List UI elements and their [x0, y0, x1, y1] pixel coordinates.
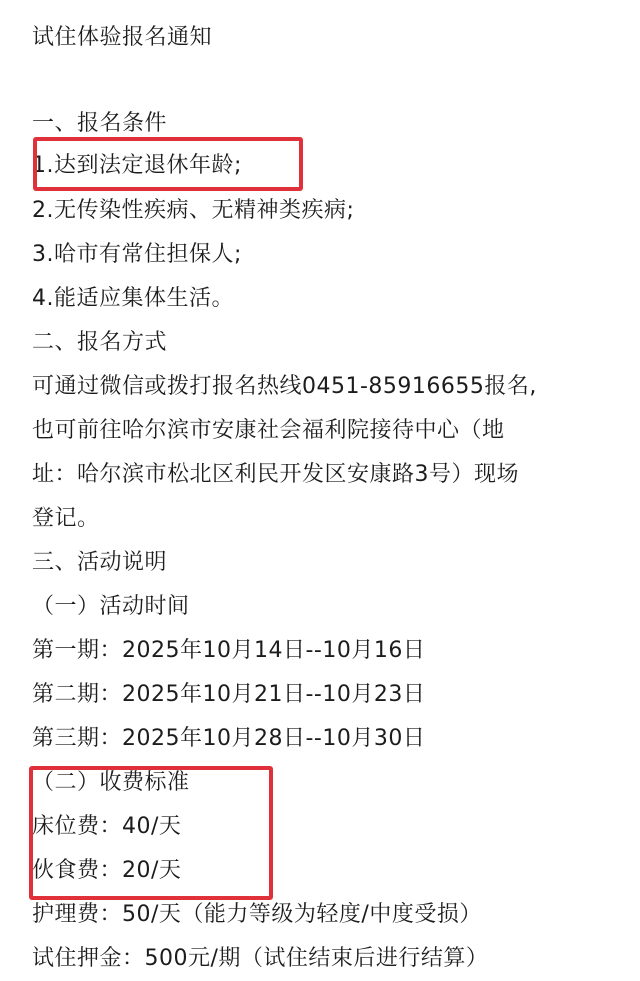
- fee-item-deposit: 试住押金：500元/期（试住结束后进行结算）: [32, 945, 488, 973]
- fee-item-meals: 伙食费：20/天: [32, 857, 181, 885]
- requirement-item: 4.能适应集体生活。: [32, 285, 234, 313]
- section-heading-registration: 二、报名方式: [32, 329, 167, 357]
- fee-item-bed: 床位费：40/天: [32, 813, 181, 841]
- section-heading-activity: 三、活动说明: [32, 549, 167, 577]
- registration-paragraph-line: 也可前往哈尔滨市安康社会福利院接待中心（地: [32, 417, 505, 445]
- document-title: 试住体验报名通知: [32, 24, 212, 52]
- section-heading-requirements: 一、报名条件: [32, 110, 167, 138]
- registration-paragraph-line: 址：哈尔滨市松北区利民开发区安康路3号）现场: [32, 461, 519, 489]
- requirement-item: 2.无传染性疾病、无精神类疾病;: [32, 197, 354, 225]
- requirement-item: 1.达到法定退休年龄;: [32, 152, 242, 180]
- fee-item-nursing: 护理费：50/天（能力等级为轻度/中度受损）: [32, 901, 482, 929]
- subsection-heading-schedule: （一）活动时间: [32, 593, 190, 621]
- schedule-item: 第二期：2025年10月21日--10月23日: [32, 681, 425, 709]
- registration-paragraph-line: 登记。: [32, 505, 100, 533]
- registration-paragraph-line: 可通过微信或拨打报名热线0451-85916655报名,: [32, 373, 537, 401]
- subsection-heading-fees: （二）收费标准: [32, 769, 190, 797]
- schedule-item: 第一期：2025年10月14日--10月16日: [32, 637, 425, 665]
- requirement-item: 3.哈市有常住担保人;: [32, 241, 242, 269]
- schedule-item: 第三期：2025年10月28日--10月30日: [32, 725, 425, 753]
